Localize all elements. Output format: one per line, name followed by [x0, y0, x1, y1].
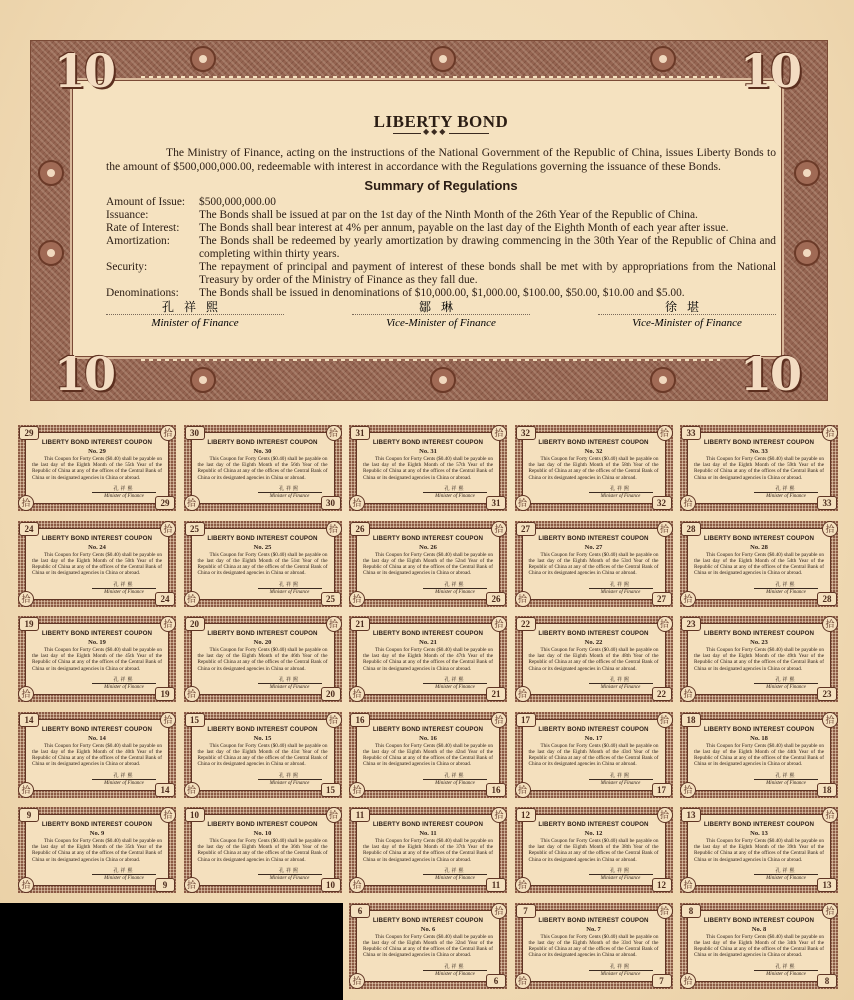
coupon-number: No. 9 [26, 830, 168, 837]
bond-text: LIBERTY BOND The Ministry of Finance, ac… [106, 110, 776, 300]
coupon-panel: LIBERTY BOND INTEREST COUPONNo. 24This C… [25, 528, 169, 600]
coupon-title: LIBERTY BOND INTEREST COUPON [688, 439, 830, 446]
coupon-signature: 孔祥熙Minister of Finance [258, 772, 322, 786]
ten-character-ornament-icon: 拾 [822, 807, 838, 823]
coupon-panel: LIBERTY BOND INTEREST COUPONNo. 22This C… [522, 623, 666, 695]
ten-character-ornament-icon: 拾 [822, 712, 838, 728]
interest-coupon: LIBERTY BOND INTEREST COUPONNo. 7This Co… [515, 903, 673, 989]
coupon-signature-chinese: 孔祥熙 [423, 581, 487, 588]
coupon-title: LIBERTY BOND INTEREST COUPON [688, 917, 830, 924]
ten-character-ornament-icon: 拾 [326, 425, 342, 441]
coupon-signature-role: Minister of Finance [92, 492, 156, 499]
coupon-number-badge: 23 [817, 687, 837, 701]
coupon-panel: LIBERTY BOND INTEREST COUPONNo. 33This C… [687, 432, 831, 504]
ten-character-ornament-icon: 拾 [657, 521, 673, 537]
coupon-title: LIBERTY BOND INTEREST COUPON [523, 630, 665, 637]
coupon-panel: LIBERTY BOND INTEREST COUPONNo. 15This C… [191, 719, 335, 791]
coupon-title: LIBERTY BOND INTEREST COUPON [688, 821, 830, 828]
coupon-body: This Coupon for Forty Cents ($0.40) shal… [694, 743, 824, 768]
regulation-label: Security: [106, 261, 199, 287]
coupon-number: No. 17 [523, 735, 665, 742]
coupon-panel: LIBERTY BOND INTEREST COUPONNo. 17This C… [522, 719, 666, 791]
coupon-panel: LIBERTY BOND INTEREST COUPONNo. 28This C… [687, 528, 831, 600]
coupon-panel: LIBERTY BOND INTEREST COUPONNo. 13This C… [687, 814, 831, 886]
denomination-mark-bottom-right: 10 [740, 347, 800, 401]
coupon-signature-role: Minister of Finance [423, 970, 487, 977]
ten-character-ornament-icon: 拾 [657, 425, 673, 441]
ten-character-ornament-icon: 拾 [680, 686, 696, 702]
coupon-signature-chinese: 孔祥熙 [423, 963, 487, 970]
coupon-title: LIBERTY BOND INTEREST COUPON [26, 821, 168, 828]
coupon-number: No. 6 [357, 926, 499, 933]
coupon-signature-chinese: 孔祥熙 [423, 867, 487, 874]
coupon-number-badge: 17 [516, 713, 536, 727]
ten-character-ornament-icon: 拾 [491, 425, 507, 441]
regulation-label: Amortization: [106, 235, 199, 261]
ten-character-ornament-icon: 拾 [491, 521, 507, 537]
interest-coupon: LIBERTY BOND INTEREST COUPONNo. 14This C… [18, 712, 176, 798]
coupon-number-badge: 31 [486, 496, 506, 510]
regulation-row: Rate of Interest:The Bonds shall bear in… [106, 222, 776, 235]
coupon-panel: LIBERTY BOND INTEREST COUPONNo. 11This C… [356, 814, 500, 886]
coupon-number-badge: 12 [516, 808, 536, 822]
coupon-signature: 孔祥熙Minister of Finance [589, 581, 653, 595]
coupon-panel: LIBERTY BOND INTEREST COUPONNo. 9This Co… [25, 814, 169, 886]
coupon-signature-role: Minister of Finance [589, 779, 653, 786]
coupon-signature: 孔祥熙Minister of Finance [423, 485, 487, 499]
ten-character-ornament-icon: 拾 [160, 807, 176, 823]
coupon-number-badge: 19 [19, 617, 39, 631]
coupon-panel: LIBERTY BOND INTEREST COUPONNo. 20This C… [191, 623, 335, 695]
signature-line [106, 314, 284, 315]
coupon-number: No. 10 [192, 830, 334, 837]
coupon-signature-role: Minister of Finance [423, 492, 487, 499]
coupon-number-badge: 13 [817, 878, 837, 892]
coupon-number-badge: 33 [681, 426, 701, 440]
coupon-number-badge: 18 [681, 713, 701, 727]
denomination-mark-bottom-left: 10 [54, 347, 114, 401]
ten-character-ornament-icon: 拾 [184, 591, 200, 607]
coupon-signature: 孔祥熙Minister of Finance [754, 676, 818, 690]
ten-character-ornament-icon: 拾 [349, 877, 365, 893]
coupon-signature-role: Minister of Finance [258, 683, 322, 690]
coupon-body: This Coupon for Forty Cents ($0.40) shal… [198, 552, 328, 577]
coupon-number: No. 23 [688, 639, 830, 646]
coupon-number: No. 29 [26, 448, 168, 455]
coupon-body: This Coupon for Forty Cents ($0.40) shal… [694, 456, 824, 481]
coupon-number: No. 30 [192, 448, 334, 455]
coupon-number-badge: 14 [155, 783, 175, 797]
coupon-number-badge: 25 [185, 522, 205, 536]
ten-character-ornament-icon: 拾 [491, 903, 507, 919]
coupon-number: No. 26 [357, 544, 499, 551]
regulation-text: $500,000,000.00 [199, 196, 776, 209]
coupon-body: This Coupon for Forty Cents ($0.40) shal… [363, 456, 493, 481]
coupon-body: This Coupon for Forty Cents ($0.40) shal… [694, 838, 824, 863]
coupon-number-badge: 30 [321, 496, 341, 510]
coupon-signature-chinese: 孔祥熙 [589, 485, 653, 492]
coupon-number-badge: 21 [350, 617, 370, 631]
coupon-number: No. 15 [192, 735, 334, 742]
coupon-title: LIBERTY BOND INTEREST COUPON [357, 439, 499, 446]
coupon-panel: LIBERTY BOND INTEREST COUPONNo. 27This C… [522, 528, 666, 600]
coupon-body: This Coupon for Forty Cents ($0.40) shal… [363, 647, 493, 672]
coupon-number-badge: 10 [185, 808, 205, 822]
coupon-signature-chinese: 孔祥熙 [754, 581, 818, 588]
signature-role: Vice-Minister of Finance [352, 317, 530, 329]
coupon-number-badge: 26 [486, 592, 506, 606]
coupon-body: This Coupon for Forty Cents ($0.40) shal… [32, 743, 162, 768]
ten-character-ornament-icon: 拾 [184, 686, 200, 702]
coupon-signature: 孔祥熙Minister of Finance [589, 772, 653, 786]
regulation-label: Amount of Issue: [106, 196, 199, 209]
coupon-number-badge: 15 [185, 713, 205, 727]
coupon-number-badge: 9 [19, 808, 39, 822]
regulation-text: The Bonds shall be issued at par on the … [199, 209, 776, 222]
coupon-body: This Coupon for Forty Cents ($0.40) shal… [529, 456, 659, 481]
coupon-number-badge: 12 [652, 878, 672, 892]
coupon-number-badge: 29 [155, 496, 175, 510]
coupon-signature-role: Minister of Finance [92, 874, 156, 881]
coupon-panel: LIBERTY BOND INTEREST COUPONNo. 25This C… [191, 528, 335, 600]
coupon-signature-role: Minister of Finance [92, 683, 156, 690]
coupon-number-badge: 32 [652, 496, 672, 510]
coupon-signature-chinese: 孔祥熙 [754, 676, 818, 683]
coupon-number: No. 19 [26, 639, 168, 646]
interest-coupon: LIBERTY BOND INTEREST COUPONNo. 22This C… [515, 616, 673, 702]
interest-coupon: LIBERTY BOND INTEREST COUPONNo. 33This C… [680, 425, 838, 511]
regulation-row: Amount of Issue:$500,000,000.00 [106, 196, 776, 209]
coupon-signature: 孔祥熙Minister of Finance [754, 963, 818, 977]
coupon-number-badge: 32 [516, 426, 536, 440]
coupon-signature-chinese: 孔祥熙 [589, 676, 653, 683]
coupon-signature-chinese: 孔祥熙 [92, 485, 156, 492]
coupon-number-badge: 9 [155, 878, 175, 892]
interest-coupon: LIBERTY BOND INTEREST COUPONNo. 15This C… [184, 712, 342, 798]
regulations-list: Amount of Issue:$500,000,000.00Issuance:… [106, 196, 776, 300]
coupon-number: No. 13 [688, 830, 830, 837]
signature-block: 孔祥熙Minister of Finance [106, 298, 284, 329]
coupon-signature: 孔祥熙Minister of Finance [423, 867, 487, 881]
coupon-number-badge: 26 [350, 522, 370, 536]
coupon-number-badge: 6 [350, 904, 370, 918]
coupon-signature-chinese: 孔祥熙 [258, 581, 322, 588]
coupon-signature-role: Minister of Finance [92, 588, 156, 595]
interest-coupon: LIBERTY BOND INTEREST COUPONNo. 18This C… [680, 712, 838, 798]
coupon-body: This Coupon for Forty Cents ($0.40) shal… [198, 456, 328, 481]
coupon-signature-chinese: 孔祥熙 [589, 581, 653, 588]
coupon-signature-chinese: 孔祥熙 [258, 867, 322, 874]
coupon-signature-role: Minister of Finance [258, 779, 322, 786]
coupon-signature-chinese: 孔祥熙 [423, 772, 487, 779]
coupon-signature-role: Minister of Finance [589, 492, 653, 499]
coupon-signature-role: Minister of Finance [589, 874, 653, 881]
coupon-signature: 孔祥熙Minister of Finance [589, 485, 653, 499]
coupon-signature: 孔祥熙Minister of Finance [754, 772, 818, 786]
ten-character-ornament-icon: 拾 [349, 973, 365, 989]
ten-character-ornament-icon: 拾 [18, 877, 34, 893]
ten-character-ornament-icon: 拾 [680, 591, 696, 607]
bond-sheet: 10 10 10 10 LIBERTY BOND The Ministry of… [0, 0, 854, 1000]
ten-character-ornament-icon: 拾 [657, 903, 673, 919]
coupon-number-badge: 14 [19, 713, 39, 727]
coupon-number: No. 8 [688, 926, 830, 933]
coupon-number-badge: 27 [652, 592, 672, 606]
coupon-number: No. 33 [688, 448, 830, 455]
coupon-number-badge: 22 [652, 687, 672, 701]
coupon-number-badge: 16 [486, 783, 506, 797]
coupon-signature-role: Minister of Finance [754, 588, 818, 595]
coupon-signature-role: Minister of Finance [258, 874, 322, 881]
interest-coupon: LIBERTY BOND INTEREST COUPONNo. 11This C… [349, 807, 507, 893]
ten-character-ornament-icon: 拾 [491, 807, 507, 823]
regulation-row: Security:The repayment of principal and … [106, 261, 776, 287]
cut-away-corner [0, 903, 343, 1000]
coupon-title: LIBERTY BOND INTEREST COUPON [26, 630, 168, 637]
signature-role: Minister of Finance [106, 317, 284, 329]
ten-character-ornament-icon: 拾 [515, 686, 531, 702]
flower-ornament-icon [794, 160, 820, 186]
coupon-number-badge: 25 [321, 592, 341, 606]
coupon-panel: LIBERTY BOND INTEREST COUPONNo. 16This C… [356, 719, 500, 791]
interest-coupon: LIBERTY BOND INTEREST COUPONNo. 8This Co… [680, 903, 838, 989]
coupon-title: LIBERTY BOND INTEREST COUPON [192, 439, 334, 446]
coupon-number-badge: 27 [516, 522, 536, 536]
ten-character-ornament-icon: 拾 [680, 973, 696, 989]
coupon-signature-role: Minister of Finance [754, 683, 818, 690]
coupon-number-badge: 11 [350, 808, 370, 822]
coupon-panel: LIBERTY BOND INTEREST COUPONNo. 30This C… [191, 432, 335, 504]
flower-ornament-icon [38, 160, 64, 186]
coupon-number-badge: 7 [516, 904, 536, 918]
coupon-signature-chinese: 孔祥熙 [92, 581, 156, 588]
ten-character-ornament-icon: 拾 [18, 591, 34, 607]
regulation-row: Issuance:The Bonds shall be issued at pa… [106, 209, 776, 222]
coupon-number: No. 11 [357, 830, 499, 837]
coupon-number-badge: 30 [185, 426, 205, 440]
coupon-number: No. 28 [688, 544, 830, 551]
signature-chinese-name: 鄒琳 [352, 298, 530, 312]
coupon-body: This Coupon for Forty Cents ($0.40) shal… [32, 838, 162, 863]
coupon-panel: LIBERTY BOND INTEREST COUPONNo. 7This Co… [522, 910, 666, 982]
coupon-signature-chinese: 孔祥熙 [754, 867, 818, 874]
signature-block: 徐堪Vice-Minister of Finance [598, 298, 776, 329]
coupon-signature: 孔祥熙Minister of Finance [92, 676, 156, 690]
coupon-title: LIBERTY BOND INTEREST COUPON [523, 917, 665, 924]
interest-coupon: LIBERTY BOND INTEREST COUPONNo. 30This C… [184, 425, 342, 511]
coupon-title: LIBERTY BOND INTEREST COUPON [192, 630, 334, 637]
coupon-number: No. 22 [523, 639, 665, 646]
interest-coupon: LIBERTY BOND INTEREST COUPONNo. 27This C… [515, 521, 673, 607]
ten-character-ornament-icon: 拾 [680, 495, 696, 511]
interest-coupon: LIBERTY BOND INTEREST COUPONNo. 13This C… [680, 807, 838, 893]
regulation-row: Amortization:The Bonds shall be redeemed… [106, 235, 776, 261]
coupon-title: LIBERTY BOND INTEREST COUPON [357, 630, 499, 637]
coupon-number-badge: 16 [350, 713, 370, 727]
coupon-number-badge: 23 [681, 617, 701, 631]
coupon-body: This Coupon for Forty Cents ($0.40) shal… [529, 838, 659, 863]
ten-character-ornament-icon: 拾 [515, 782, 531, 798]
coupon-number-badge: 17 [652, 783, 672, 797]
coupon-signature: 孔祥熙Minister of Finance [258, 676, 322, 690]
coupon-signature-role: Minister of Finance [423, 683, 487, 690]
coupon-number: No. 12 [523, 830, 665, 837]
flower-ornament-icon [650, 46, 676, 72]
coupon-number-badge: 21 [486, 687, 506, 701]
coupon-number-badge: 6 [486, 974, 506, 988]
ten-character-ornament-icon: 拾 [349, 495, 365, 511]
coupon-panel: LIBERTY BOND INTEREST COUPONNo. 12This C… [522, 814, 666, 886]
coupon-number: No. 31 [357, 448, 499, 455]
bond-intro-paragraph: The Ministry of Finance, acting on the i… [106, 146, 776, 173]
coupon-title: LIBERTY BOND INTEREST COUPON [192, 821, 334, 828]
ten-character-ornament-icon: 拾 [184, 782, 200, 798]
coupon-panel: LIBERTY BOND INTEREST COUPONNo. 10This C… [191, 814, 335, 886]
coupon-signature: 孔祥熙Minister of Finance [589, 676, 653, 690]
ten-character-ornament-icon: 拾 [349, 686, 365, 702]
coupon-number-badge: 24 [19, 522, 39, 536]
coupon-title: LIBERTY BOND INTEREST COUPON [26, 439, 168, 446]
ten-character-ornament-icon: 拾 [326, 616, 342, 632]
interest-coupon: LIBERTY BOND INTEREST COUPONNo. 24This C… [18, 521, 176, 607]
ten-character-ornament-icon: 拾 [515, 973, 531, 989]
interest-coupon: LIBERTY BOND INTEREST COUPONNo. 31This C… [349, 425, 507, 511]
ten-character-ornament-icon: 拾 [515, 495, 531, 511]
coupon-number: No. 32 [523, 448, 665, 455]
coupon-title: LIBERTY BOND INTEREST COUPON [523, 535, 665, 542]
coupon-signature: 孔祥熙Minister of Finance [92, 867, 156, 881]
coupon-signature: 孔祥熙Minister of Finance [423, 581, 487, 595]
signature-chinese-name: 徐堪 [598, 298, 776, 312]
coupon-number-badge: 20 [321, 687, 341, 701]
coupon-signature: 孔祥熙Minister of Finance [754, 485, 818, 499]
coupon-body: This Coupon for Forty Cents ($0.40) shal… [529, 934, 659, 959]
regulation-text: The Bonds shall bear interest at 4% per … [199, 222, 776, 235]
coupon-body: This Coupon for Forty Cents ($0.40) shal… [363, 743, 493, 768]
interest-coupon: LIBERTY BOND INTEREST COUPONNo. 29This C… [18, 425, 176, 511]
interest-coupon: LIBERTY BOND INTEREST COUPONNo. 20This C… [184, 616, 342, 702]
coupon-panel: LIBERTY BOND INTEREST COUPONNo. 6This Co… [356, 910, 500, 982]
coupon-body: This Coupon for Forty Cents ($0.40) shal… [529, 647, 659, 672]
interest-coupon: LIBERTY BOND INTEREST COUPONNo. 28This C… [680, 521, 838, 607]
coupon-title: LIBERTY BOND INTEREST COUPON [357, 535, 499, 542]
coupon-title: LIBERTY BOND INTEREST COUPON [192, 726, 334, 733]
ten-character-ornament-icon: 拾 [822, 521, 838, 537]
ten-character-ornament-icon: 拾 [491, 616, 507, 632]
interest-coupon: LIBERTY BOND INTEREST COUPONNo. 21This C… [349, 616, 507, 702]
coupon-panel: LIBERTY BOND INTEREST COUPONNo. 32This C… [522, 432, 666, 504]
coupon-body: This Coupon for Forty Cents ($0.40) shal… [363, 552, 493, 577]
flower-ornament-icon [190, 46, 216, 72]
ten-character-ornament-icon: 拾 [184, 495, 200, 511]
flower-ornament-icon [430, 46, 456, 72]
coupon-title: LIBERTY BOND INTEREST COUPON [523, 821, 665, 828]
ten-character-ornament-icon: 拾 [326, 807, 342, 823]
coupon-number-badge: 31 [350, 426, 370, 440]
regulation-text: The Bonds shall be redeemed by yearly am… [199, 235, 776, 261]
coupon-signature: 孔祥熙Minister of Finance [258, 485, 322, 499]
interest-coupon: LIBERTY BOND INTEREST COUPONNo. 25This C… [184, 521, 342, 607]
coupon-body: This Coupon for Forty Cents ($0.40) shal… [363, 838, 493, 863]
ten-character-ornament-icon: 拾 [680, 782, 696, 798]
coupon-number: No. 20 [192, 639, 334, 646]
coupon-body: This Coupon for Forty Cents ($0.40) shal… [198, 838, 328, 863]
coupon-title: LIBERTY BOND INTEREST COUPON [26, 535, 168, 542]
coupon-signature-role: Minister of Finance [258, 588, 322, 595]
coupon-body: This Coupon for Forty Cents ($0.40) shal… [198, 743, 328, 768]
coupon-number-badge: 8 [817, 974, 837, 988]
flower-ornament-icon [650, 367, 676, 393]
coupon-signature-chinese: 孔祥熙 [258, 676, 322, 683]
coupon-panel: LIBERTY BOND INTEREST COUPONNo. 31This C… [356, 432, 500, 504]
coupon-body: This Coupon for Forty Cents ($0.40) shal… [529, 743, 659, 768]
interest-coupon: LIBERTY BOND INTEREST COUPONNo. 9This Co… [18, 807, 176, 893]
coupon-number-badge: 8 [681, 904, 701, 918]
coupon-panel: LIBERTY BOND INTEREST COUPONNo. 19This C… [25, 623, 169, 695]
ten-character-ornament-icon: 拾 [326, 712, 342, 728]
denomination-mark-top-left: 10 [54, 44, 114, 98]
ten-character-ornament-icon: 拾 [657, 616, 673, 632]
coupon-signature-role: Minister of Finance [423, 779, 487, 786]
coupon-panel: LIBERTY BOND INTEREST COUPONNo. 14This C… [25, 719, 169, 791]
coupon-signature: 孔祥熙Minister of Finance [754, 867, 818, 881]
coupon-number: No. 16 [357, 735, 499, 742]
coupon-signature-role: Minister of Finance [258, 492, 322, 499]
coupon-body: This Coupon for Forty Cents ($0.40) shal… [694, 934, 824, 959]
coupon-signature: 孔祥熙Minister of Finance [589, 867, 653, 881]
coupon-number-badge: 33 [817, 496, 837, 510]
coupon-number-badge: 13 [681, 808, 701, 822]
coupon-signature-role: Minister of Finance [589, 970, 653, 977]
coupon-title: LIBERTY BOND INTEREST COUPON [688, 630, 830, 637]
interest-coupon: LIBERTY BOND INTEREST COUPONNo. 10This C… [184, 807, 342, 893]
coupon-signature-chinese: 孔祥熙 [92, 867, 156, 874]
ten-character-ornament-icon: 拾 [822, 425, 838, 441]
flower-ornament-icon [794, 240, 820, 266]
coupon-signature-chinese: 孔祥熙 [589, 772, 653, 779]
liberty-bond-certificate: 10 10 10 10 LIBERTY BOND The Ministry of… [30, 40, 828, 401]
coupon-number-badge: 24 [155, 592, 175, 606]
coupon-number: No. 21 [357, 639, 499, 646]
coupon-signature: 孔祥熙Minister of Finance [589, 963, 653, 977]
coupon-signature: 孔祥熙Minister of Finance [92, 581, 156, 595]
coupon-number-badge: 28 [817, 592, 837, 606]
coupon-body: This Coupon for Forty Cents ($0.40) shal… [32, 552, 162, 577]
coupon-number: No. 24 [26, 544, 168, 551]
coupon-panel: LIBERTY BOND INTEREST COUPONNo. 26This C… [356, 528, 500, 600]
ten-character-ornament-icon: 拾 [160, 616, 176, 632]
ten-character-ornament-icon: 拾 [184, 877, 200, 893]
coupon-signature-chinese: 孔祥熙 [423, 676, 487, 683]
coupon-body: This Coupon for Forty Cents ($0.40) shal… [694, 647, 824, 672]
coupon-number-badge: 7 [652, 974, 672, 988]
coupon-title: LIBERTY BOND INTEREST COUPON [357, 917, 499, 924]
coupon-signature-role: Minister of Finance [754, 970, 818, 977]
coupon-title: LIBERTY BOND INTEREST COUPON [26, 726, 168, 733]
coupon-panel: LIBERTY BOND INTEREST COUPONNo. 18This C… [687, 719, 831, 791]
coupon-number: No. 14 [26, 735, 168, 742]
coupon-panel: LIBERTY BOND INTEREST COUPONNo. 23This C… [687, 623, 831, 695]
coupon-title: LIBERTY BOND INTEREST COUPON [523, 439, 665, 446]
coupon-title: LIBERTY BOND INTEREST COUPON [192, 535, 334, 542]
coupon-signature-role: Minister of Finance [589, 588, 653, 595]
coupon-signature-chinese: 孔祥熙 [754, 772, 818, 779]
coupon-number: No. 27 [523, 544, 665, 551]
ten-character-ornament-icon: 拾 [18, 782, 34, 798]
coupon-signature-chinese: 孔祥熙 [589, 867, 653, 874]
coupon-number-badge: 11 [486, 878, 506, 892]
coupon-body: This Coupon for Forty Cents ($0.40) shal… [198, 647, 328, 672]
